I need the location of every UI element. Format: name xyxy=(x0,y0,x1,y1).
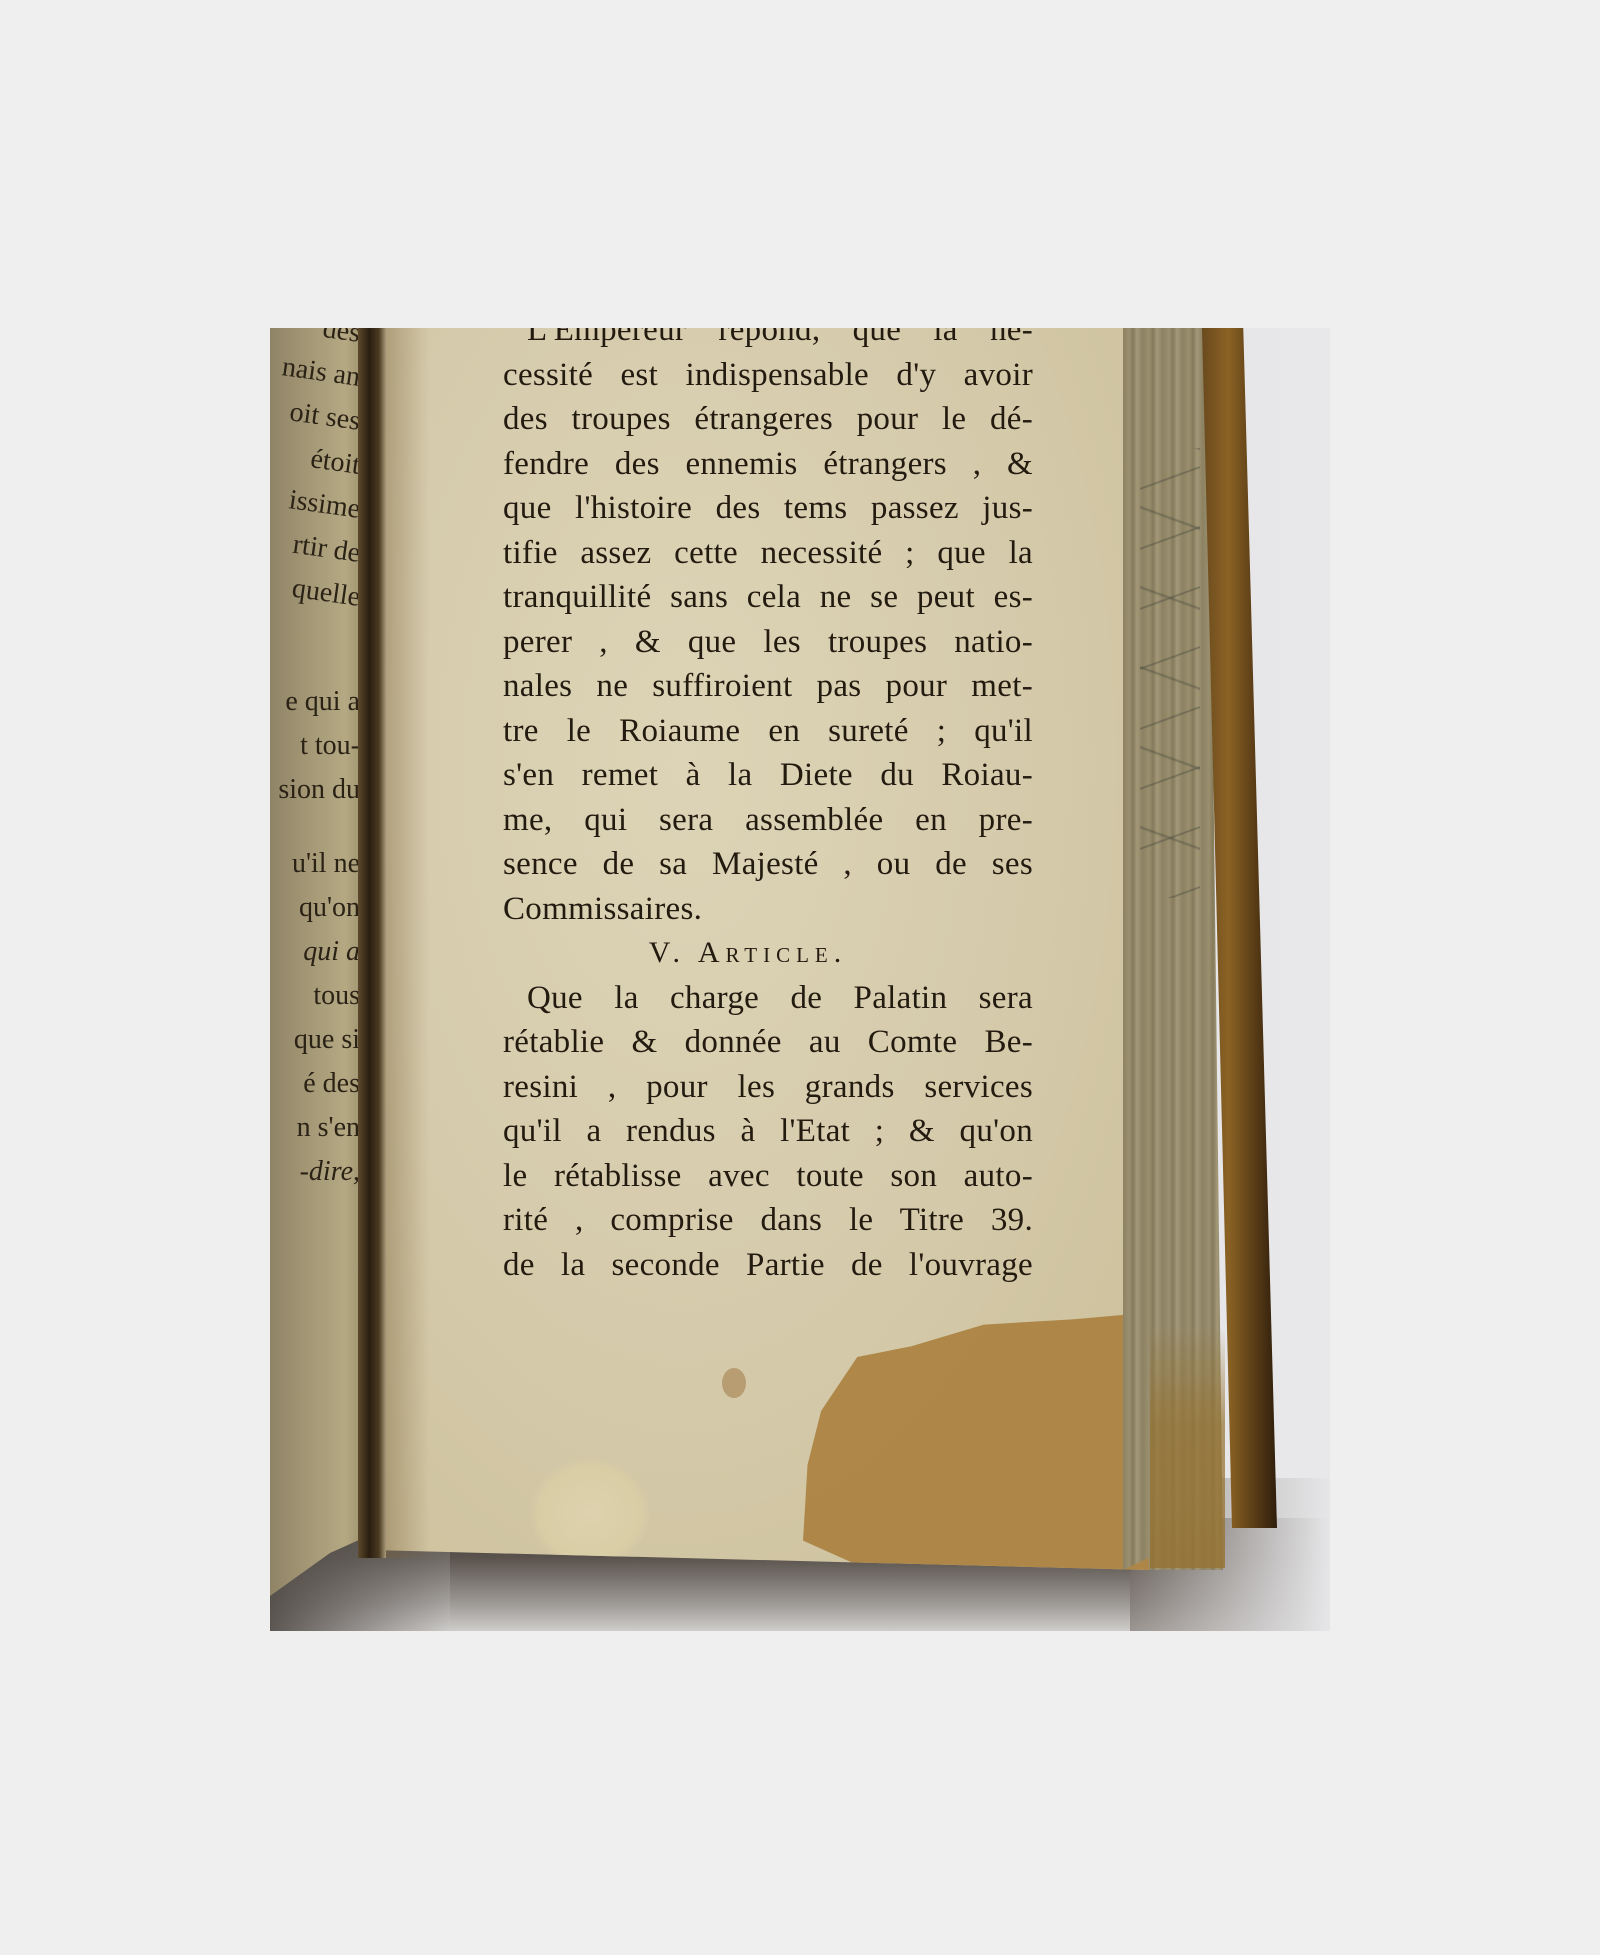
text-line: s'en remet à la Diete du Roiau- xyxy=(503,753,1033,798)
left-fragment: qui a xyxy=(270,930,360,974)
book-gutter xyxy=(358,328,386,1558)
right-page: L'Empereur répond, que la ne- cessité es… xyxy=(370,328,1150,1573)
text-line: tifie assez cette necessité ; que la xyxy=(503,531,1033,576)
small-stain-spot xyxy=(722,1368,746,1398)
left-fragment: qu'on xyxy=(270,886,360,930)
text-line: de la seconde Partie de l'ouvrage xyxy=(503,1243,1033,1288)
text-line: fendre des ennemis étrangers , & xyxy=(503,442,1033,487)
text-line: rité , comprise dans le Titre 39. xyxy=(503,1198,1033,1243)
pencil-marks xyxy=(1140,448,1200,898)
text-line: cessité est indispensable d'y avoir xyxy=(503,353,1033,398)
canvas: des nais an oit ses étoit issime rtir de… xyxy=(0,0,1600,1955)
article-heading: V. Article. xyxy=(503,931,1033,976)
water-ring-mark xyxy=(530,1458,650,1568)
left-fragment: -dire, xyxy=(270,1150,360,1194)
text-line: que l'histoire des tems passez jus- xyxy=(503,486,1033,531)
text-line: sence de sa Majesté , ou de ses xyxy=(503,842,1033,887)
text-line: nales ne suffiroient pas pour met- xyxy=(503,664,1033,709)
left-fragment: que si xyxy=(270,1018,360,1062)
left-fragment: tous xyxy=(270,974,360,1018)
left-fragment: e qui a xyxy=(270,680,360,724)
text-line: des troupes étrangeres pour le dé- xyxy=(503,397,1033,442)
text-line: resini , pour les grands services xyxy=(503,1065,1033,1110)
text-line: perer , & que les troupes natio- xyxy=(503,620,1033,665)
text-line: rétablie & donnée au Comte Be- xyxy=(503,1020,1033,1065)
left-fragment: t tou- xyxy=(270,724,360,768)
text-line: me, qui sera assemblée en pre- xyxy=(503,798,1033,843)
text-line: Que la charge de Palatin sera xyxy=(503,976,1033,1021)
text-line: le rétablisse avec toute son auto- xyxy=(503,1154,1033,1199)
text-line: qu'il a rendus à l'Etat ; & qu'on xyxy=(503,1109,1033,1154)
left-fragment: u'il ne xyxy=(270,842,360,886)
left-page-text: des nais an oit ses étoit issime rtir de… xyxy=(270,328,360,1194)
text-line: tranquillité sans cela ne se peut es- xyxy=(503,575,1033,620)
left-fragment: n s'en xyxy=(270,1106,360,1150)
left-fragment: sion du xyxy=(270,768,360,812)
text-line: Commissaires. xyxy=(503,887,1033,932)
text-line: tre le Roiaume en sureté ; qu'il xyxy=(503,709,1033,754)
text-line: L'Empereur répond, que la ne- xyxy=(503,328,1033,353)
page-body-text: L'Empereur répond, que la ne- cessité es… xyxy=(503,328,1033,1287)
left-fragment: é des xyxy=(270,1062,360,1106)
fore-edge-stain xyxy=(1150,1328,1225,1568)
left-page: des nais an oit ses étoit issime rtir de… xyxy=(270,328,370,1598)
book-photo: des nais an oit ses étoit issime rtir de… xyxy=(270,328,1330,1631)
